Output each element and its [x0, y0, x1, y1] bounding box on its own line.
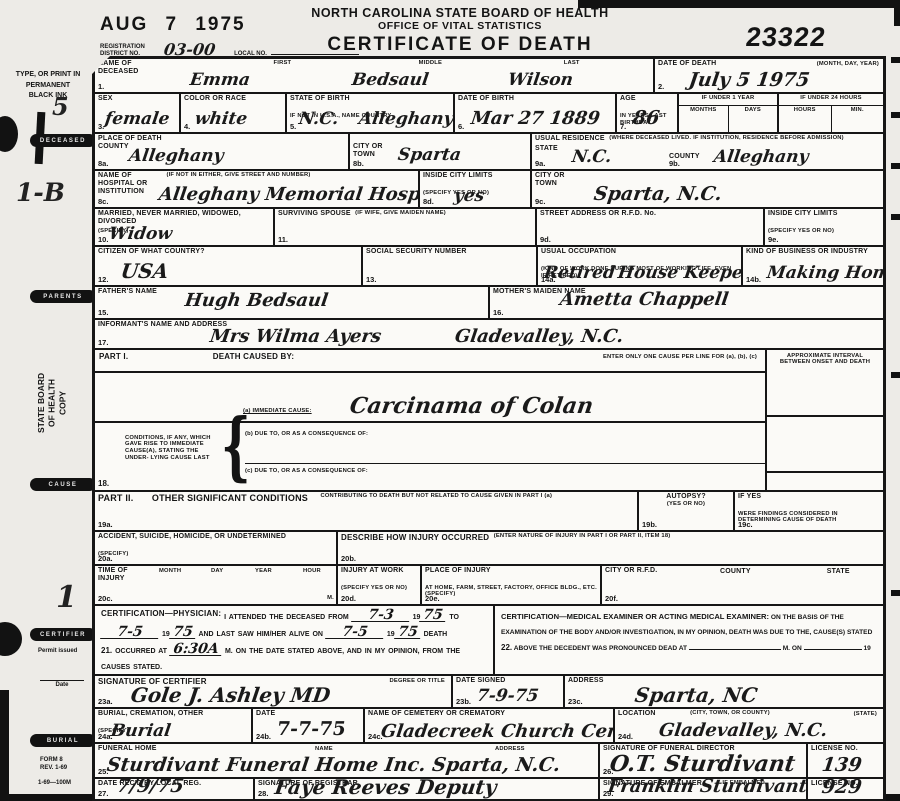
field-certifier-address-num: 23c. [568, 697, 583, 706]
row-injury-2: TIME OF INJURY MONTH DAY YEAR HOUR 20c. … [95, 564, 883, 604]
immediate-cause-label: (a) IMMEDIATE CAUSE: [243, 408, 312, 415]
time-month-header: MONTH [159, 568, 181, 575]
field-registrar-value: Faye Reeves Deputy [273, 779, 498, 799]
row-registrar: DATE REC'D BY LOCAL REG. 7/9/75 27. SIGN… [95, 777, 883, 799]
field-accident-label: ACCIDENT, SUICIDE, HOMICIDE, OR UNDETERM… [98, 533, 286, 541]
field-street-num: 9d. [540, 235, 551, 244]
tab-cause: CAUSE [30, 478, 96, 491]
field-interval-label: APPROXIMATE INTERVAL BETWEEN ONSET AND D… [767, 350, 883, 366]
part2-num: 19a. [98, 520, 113, 529]
field-cemetery-location: LOCATION (CITY, TOWN, OR COUNTY) (STATE)… [615, 709, 883, 742]
field-father: FATHER'S NAME Hugh Bedsaul 15. [95, 287, 490, 318]
field-date-of-birth-label: DATE OF BIRTH [458, 95, 514, 103]
field-date-received: DATE REC'D BY LOCAL REG. 7/9/75 27. [95, 779, 255, 799]
field-cemetery: NAME OF CEMETERY OR CREMATORY Gladecreek… [365, 709, 615, 742]
permit-date-label: Date [40, 680, 84, 688]
injury-state-header: STATE [827, 568, 850, 576]
field-occupation: USUAL OCCUPATION (KIND OF WORK DONE DURI… [538, 247, 743, 285]
field-sex-num: 3. [98, 122, 104, 131]
name-last-value: Wilson [507, 70, 575, 90]
cert-me-num: 22. [501, 643, 512, 652]
field-date-signed-num: 23b. [456, 697, 471, 706]
form-heading: NORTH CAROLINA STATE BOARD OF HEALTH OFF… [290, 6, 630, 56]
field-place-injury-sub: AT HOME, FARM, STREET, FACTORY, OFFICE B… [425, 585, 597, 598]
name-middle-value: Bedsaul [350, 70, 429, 90]
field-informant-label: INFORMANT'S NAME AND ADDRESS [98, 321, 227, 329]
field-registrar-num: 28. [258, 789, 268, 798]
field-place-city-value: Sparta [397, 145, 463, 165]
field-res-state-label: STATE [535, 145, 558, 153]
name-middle-header: MIDDLE [419, 60, 442, 67]
field-res-limits: INSIDE CITY LIMITS (SPECIFY YES OR NO) 9… [765, 209, 883, 245]
field-inside-limits-label: INSIDE CITY LIMITS [423, 172, 493, 180]
field-cemetery-num: 24c. [368, 732, 383, 741]
one-cause-note: ENTER ONLY ONE CAUSE PER LINE FOR (a), (… [603, 354, 757, 361]
field-work-injury-label: INJURY AT WORK [341, 567, 404, 575]
part2-title: OTHER SIGNIFICANT CONDITIONS [152, 493, 308, 503]
field-sex: SEX female 3. [95, 94, 181, 132]
field-under-24-hours: IF UNDER 24 HOURS HOURS MIN. [779, 94, 883, 132]
scan-tick-4 [891, 214, 900, 220]
field-work-injury-num: 20d. [341, 594, 356, 603]
field-ssn: SOCIAL SECURITY NUMBER 13. [363, 247, 538, 285]
field-place-injury: PLACE OF INJURY AT HOME, FARM, STREET, F… [422, 566, 602, 604]
field-place-county-num: 8a. [98, 159, 108, 168]
field-embalmer-num: 29. [603, 789, 613, 798]
field-name: NAME OF DECEASED FIRST MIDDLE LAST Emma … [95, 59, 655, 92]
field-burial-num: 24a. [98, 732, 113, 741]
field-under-24-hours-label: IF UNDER 24 HOURS [779, 94, 883, 102]
field-spouse-label: SURVIVING SPOUSE [278, 210, 351, 218]
field-state-of-birth-value1: N.C. [298, 109, 340, 129]
field-burial-date-value: 7-7-75 [275, 718, 347, 740]
field-age: AGE IN YEARS LAST BIRTHDAY 86 7. [617, 94, 679, 132]
field-cemetery-location-sub: (CITY, TOWN, OR COUNTY) [690, 710, 770, 717]
row-parents: FATHER'S NAME Hugh Bedsaul 15. MOTHER'S … [95, 285, 883, 318]
page-title: CERTIFICATE OF DEATH [290, 34, 630, 56]
field-mother-value: Ametta Chappell [559, 289, 730, 310]
row-injury-1: ACCIDENT, SUICIDE, HOMICIDE, OR UNDETERM… [95, 530, 883, 563]
last-seen-value: 7-5 [325, 626, 385, 639]
field-cemetery-location-num: 24d. [618, 732, 633, 741]
field-street-label: STREET ADDRESS OR R.F.D. No. [540, 210, 656, 218]
field-injury-location: CITY OR R.F.D. COUNTY STATE 20f. [602, 566, 883, 604]
attended-to-year: 75 [169, 626, 197, 639]
certificate-form: NAME OF DECEASED FIRST MIDDLE LAST Emma … [92, 56, 886, 801]
field-citizen-value: USA [119, 259, 170, 283]
under-1-year-columns: MONTHS DAYS [679, 105, 777, 132]
injury-city-header: CITY OR R.F.D. [605, 567, 657, 575]
field-burial-date-num: 24b. [256, 732, 271, 741]
field-director-license-label: LICENSE NO. [811, 745, 858, 753]
field-place-city-label: CITY OR TOWN [353, 143, 383, 159]
scan-corner-mark [894, 0, 900, 26]
death-certificate-scan: AUG 7 1975 REGISTRATIONDISTRICT NO. 03-0… [0, 0, 900, 801]
field-ssn-label: SOCIAL SECURITY NUMBER [366, 248, 467, 256]
interval-line-c [767, 471, 883, 473]
field-res-county: COUNTY Alleghany 9b. [666, 144, 883, 169]
field-date-signed-label: DATE SIGNED [456, 677, 506, 685]
field-embalmer-license-value: 929 [820, 779, 863, 798]
cert-me-text: CERTIFICATION—MEDICAL EXAMINER OR ACTING… [501, 609, 877, 656]
field-hospital-sub: (IF NOT IN EITHER, GIVE STREET AND NUMBE… [166, 172, 310, 179]
attended-from-year: 75 [420, 609, 448, 622]
conditions-label: CONDITIONS, IF ANY, WHICH GAVE RISE TO I… [125, 435, 217, 462]
field-informant-value1: Mrs Wilma Ayers [209, 326, 383, 347]
field-race-label: COLOR OR RACE [184, 95, 246, 103]
field-burial-date-label: DATE [256, 710, 275, 718]
field-res-city: CITY OR TOWN Sparta, N.C. 9c. [532, 171, 883, 207]
field-time-injury-label: TIME OF INJURY [98, 567, 132, 583]
field-name-num: 1. [98, 82, 104, 91]
usual-residence-label: USUAL RESIDENCE [535, 135, 605, 143]
cert-physician-num: 21. [101, 646, 112, 655]
field-industry: KIND OF BUSINESS OR INDUSTRY Making Home… [743, 247, 883, 285]
field-date-signed: DATE SIGNED 7-9-75 23b. [453, 676, 565, 707]
name-first-header: FIRST [274, 60, 292, 67]
field-state-of-birth-value2: Alleghany [358, 109, 455, 129]
attended-from-value: 7-3 [351, 609, 411, 622]
field-inside-limits-value: yes [453, 186, 486, 206]
field-marital: MARRIED, NEVER MARRIED, WIDOWED, DIVORCE… [95, 209, 275, 245]
field-director-license-value: 139 [820, 754, 863, 776]
certificate-number-stamp: 23322 [744, 22, 827, 53]
field-embalmer-license: LICENSE NO. 929 [808, 779, 883, 799]
field-father-num: 15. [98, 308, 108, 317]
field-father-label: FATHER'S NAME [98, 288, 157, 296]
field-res-limits-label: INSIDE CITY LIMITS [768, 210, 838, 218]
part1-label: PART I. [99, 352, 128, 361]
part2-label: PART II. [98, 493, 133, 503]
field-funeral-home-value: Sturdivant Funeral Home Inc. Sparta, N.C… [105, 754, 561, 776]
field-place-city-num: 8b. [353, 159, 364, 168]
field-inside-limits-num: 8d. [423, 197, 434, 206]
field-father-value: Hugh Bedsaul [184, 290, 330, 311]
field-cemetery-label: NAME OF CEMETERY OR CREMATORY [368, 710, 505, 718]
row-place-of-death: PLACE OF DEATH COUNTY Alleghany 8a. CITY… [95, 132, 883, 169]
field-hospital-value: Alleghany Memorial Hosp. [158, 184, 420, 205]
scan-tick-6 [891, 590, 900, 596]
field-res-county-num: 9b. [669, 159, 680, 168]
field-cert-medical-examiner: CERTIFICATION—MEDICAL EXAMINER OR ACTING… [495, 606, 883, 674]
field-race-num: 4. [184, 122, 190, 131]
field-marital-num: 10. [98, 235, 108, 244]
field-date-received-num: 27. [98, 789, 108, 798]
field-embalmer-signature: SIGNATURE OF EMBALMER IF EMBALMED Frankl… [600, 779, 808, 799]
field-autopsy-num: 19b. [642, 520, 657, 529]
field-industry-num: 14b. [746, 275, 761, 284]
row-marital: MARRIED, NEVER MARRIED, WIDOWED, DIVORCE… [95, 207, 883, 245]
row-hospital: NAME OF HOSPITAL OR INSTITUTION (IF NOT … [95, 169, 883, 207]
row-citizen: CITIZEN OF WHAT COUNTRY? USA 12. SOCIAL … [95, 245, 883, 285]
field-part2: PART II. OTHER SIGNIFICANT CONDITIONS CO… [95, 492, 639, 531]
field-how-injury-num: 20b. [341, 554, 356, 563]
field-spouse-num: 11. [278, 235, 288, 244]
field-citizen-num: 12. [98, 275, 108, 284]
field-autopsy: AUTOPSY? (YES OR NO) 19b. [639, 492, 735, 531]
death-time-value: 6:30A [169, 643, 223, 656]
field-street: STREET ADDRESS OR R.F.D. No. 9d. [537, 209, 765, 245]
field-sex-label: SEX [98, 95, 113, 103]
field-certifier-value: Gole J. Ashley MD [129, 683, 332, 707]
field-sex-value: female [104, 109, 171, 129]
field-cemetery-location-label: LOCATION [618, 710, 656, 718]
cause-conditions-area: CONDITIONS, IF ANY, WHICH GAVE RISE TO I… [95, 423, 765, 490]
pronounced-date-blank [804, 640, 862, 650]
field-place-injury-label: PLACE OF INJURY [425, 567, 491, 575]
name-first-value: Emma [188, 70, 251, 90]
field-res-city-num: 9c. [535, 197, 545, 206]
field-occupation-label: USUAL OCCUPATION [541, 248, 616, 256]
field-informant: INFORMANT'S NAME AND ADDRESS Mrs Wilma A… [95, 320, 883, 348]
attended-to-value: 7-5 [100, 626, 160, 639]
margin-handwriting-1b: 1-B [16, 178, 65, 207]
field-place-city: CITY OR TOWN Sparta 8b. [350, 134, 532, 169]
part2-sub: CONTRIBUTING TO DEATH BUT NOT RELATED TO… [320, 493, 552, 500]
row-part2: PART II. OTHER SIGNIFICANT CONDITIONS CO… [95, 490, 883, 531]
field-citizen: CITIZEN OF WHAT COUNTRY? USA 12. [95, 247, 363, 285]
field-how-injury-label: DESCRIBE HOW INJURY OCCURRED [341, 533, 489, 542]
field-res-limits-num: 9e. [768, 235, 778, 244]
under-24-columns: HOURS MIN. [779, 105, 883, 132]
permit-issued-label: Permit issued [38, 648, 77, 654]
scan-tick-1 [891, 57, 900, 63]
field-certifier-signature: SIGNATURE OF CERTIFIER DEGREE OR TITLE G… [95, 676, 453, 707]
field-race: COLOR OR RACE white 4. [181, 94, 287, 132]
cause-line-c: (c) DUE TO, OR AS A CONSEQUENCE OF: [245, 468, 765, 486]
cause-line-a: (a) IMMEDIATE CAUSE: Carcinama of Colan [95, 373, 765, 423]
field-age-value: 86 [631, 107, 661, 129]
name-last-header: LAST [564, 60, 580, 67]
under-1-months-header: MONTHS [679, 106, 729, 132]
field-accident-sub: (SPECIFY) [98, 551, 333, 558]
field-work-injury-sub: (SPECIFY YES OR NO) [341, 585, 407, 592]
field-certifier-address: ADDRESS Sparta, NC 23c. [565, 676, 883, 707]
field-date-of-death-sub: (MONTH, DAY, YEAR) [817, 61, 879, 68]
field-funeral-director: SIGNATURE OF FUNERAL DIRECTOR O.T. Sturd… [600, 744, 808, 777]
binder-blob-bottom [0, 622, 22, 656]
field-certifier-address-label: ADDRESS [568, 677, 604, 685]
field-burial-value: Burial [110, 721, 172, 741]
field-registrar-signature: SIGNATURE OF REGISTRAR Faye Reeves Deput… [255, 779, 600, 799]
field-res-county-value: Alleghany [713, 147, 810, 167]
field-res-state-num: 9a. [535, 159, 545, 168]
binder-blob-top [0, 116, 18, 152]
margin-handwriting-5: 5 [52, 92, 69, 121]
last-seen-year: 75 [394, 626, 422, 639]
field-res-city-label: CITY OR TOWN [535, 172, 565, 188]
field-burial-label: BURIAL, CREMATION, OTHER [98, 710, 203, 718]
field-spouse-sub: (IF WIFE, GIVE MAIDEN NAME) [355, 210, 446, 217]
field-autopsy-label: AUTOPSY? [642, 493, 730, 501]
field-interval: APPROXIMATE INTERVAL BETWEEN ONSET AND D… [767, 350, 883, 490]
field-funeral-director-num: 26. [603, 767, 613, 776]
field-usual-residence: USUAL RESIDENCE (WHERE DECEASED LIVED. I… [532, 134, 883, 169]
field-res-state-value: N.C. [571, 147, 613, 167]
field-place-county-value: Alleghany [128, 146, 225, 166]
field-date-of-death-num: 2. [658, 82, 664, 91]
field-mother-num: 16. [493, 308, 503, 317]
degree-or-title-label: DEGREE OR TITLE [390, 678, 446, 685]
field-occupation-value2: House Keeper [617, 263, 743, 283]
cause-line-b: (b) DUE TO, OR AS A CONSEQUENCE OF: [245, 431, 765, 464]
field-state-of-birth-label: STATE OF BIRTH [290, 95, 350, 103]
funeral-home-name-header: NAME [315, 746, 333, 753]
cert-physician-label: CERTIFICATION—PHYSICIAN: [101, 609, 221, 618]
field-autopsy-sub: (YES OR NO) [642, 501, 730, 508]
section-cause-of-death: PART I. DEATH CAUSED BY: ENTER ONLY ONE … [95, 348, 883, 490]
field-place-injury-num: 20e. [425, 594, 440, 603]
tab-burial: BURIAL [30, 734, 96, 747]
cert-me-label: CERTIFICATION—MEDICAL EXAMINER OR ACTING… [501, 612, 769, 621]
field-under-1-year-label: IF UNDER 1 YEAR [679, 94, 777, 102]
form-number: FORM 8REV. 1-69 [40, 756, 67, 773]
field-informant-value2: Gladevalley, N.C. [454, 326, 625, 347]
copy-designation: STATE BOARD OF HEALTH COPY [36, 368, 92, 438]
field-informant-num: 17. [98, 338, 108, 347]
under-24-min-header: MIN. [832, 106, 884, 132]
print-code: 1-69—100M [38, 780, 71, 786]
field-funeral-home-label: FUNERAL HOME [98, 745, 157, 753]
scan-tick-3 [891, 163, 900, 169]
field-funeral-home-num: 25. [98, 767, 108, 776]
margin-handwriting-1: 1 [56, 580, 77, 615]
field-date-of-death-label: DATE OF DEATH [658, 60, 716, 68]
field-date-received-value: 7/9/75 [115, 779, 185, 797]
time-meridiem-label: M. [327, 595, 334, 602]
field-findings-num: 19c. [738, 520, 753, 529]
field-age-label: AGE [620, 95, 636, 103]
time-hour-header: HOUR [303, 568, 321, 575]
field-cemetery-value: Gladecreek Church Cem. [380, 721, 615, 742]
field-date-of-birth: DATE OF BIRTH Mar 27 1889 6. [455, 94, 617, 132]
tab-deceased: DECEASED [30, 134, 96, 147]
field-cemetery-location-sub2: (STATE) [854, 711, 877, 718]
field-embalmer-value: Franklin Sturdivant [607, 779, 808, 797]
under-24-hours-header: HOURS [779, 106, 832, 132]
field-funeral-home: FUNERAL HOME NAME ADDRESS Sturdivant Fun… [95, 744, 600, 777]
field-date-of-birth-num: 6. [458, 122, 464, 131]
field-occupation-num: 14a. [541, 275, 556, 284]
row-informant: INFORMANT'S NAME AND ADDRESS Mrs Wilma A… [95, 318, 883, 348]
field-place-county: PLACE OF DEATH COUNTY Alleghany 8a. [95, 134, 350, 169]
field-under-1-year: IF UNDER 1 YEAR MONTHS DAYS [679, 94, 779, 132]
cert-physician-text: CERTIFICATION—PHYSICIAN: I ATTENDED THE … [101, 609, 487, 674]
row-signature: SIGNATURE OF CERTIFIER DEGREE OR TITLE G… [95, 674, 883, 707]
field-industry-label: KIND OF BUSINESS OR INDUSTRY [746, 248, 868, 256]
field-cert-physician: CERTIFICATION—PHYSICIAN: I ATTENDED THE … [95, 606, 495, 674]
cause-left: PART I. DEATH CAUSED BY: ENTER ONLY ONE … [95, 350, 767, 490]
cause-c-num: 18. [98, 479, 109, 488]
usual-residence-sub: (WHERE DECEASED LIVED. IF INSTITUTION, R… [609, 135, 844, 142]
field-date-signed-value: 7-9-75 [476, 686, 540, 706]
field-industry-value: Making Home [766, 263, 883, 283]
field-age-num: 7. [620, 122, 626, 131]
field-certifier-num: 23a. [98, 697, 113, 706]
field-hospital-num: 8c. [98, 197, 108, 206]
time-year-header: YEAR [255, 568, 272, 575]
field-cemetery-location-value: Gladevalley, N.C. [658, 720, 829, 741]
left-edge-bar [0, 690, 9, 796]
row-demographics: SEX female 3. COLOR OR RACE white 4. STA… [95, 92, 883, 132]
field-how-injury-sub: (ENTER NATURE OF INJURY IN PART I OR PAR… [494, 533, 671, 540]
time-day-header: DAY [211, 568, 223, 575]
field-citizen-label: CITIZEN OF WHAT COUNTRY? [98, 248, 205, 256]
cause-c-label: (c) DUE TO, OR AS A CONSEQUENCE OF: [245, 468, 368, 475]
field-date-of-birth-value: Mar 27 1889 [470, 108, 602, 129]
field-date-of-death-value: July 5 1975 [687, 69, 810, 91]
field-race-value: white [194, 109, 249, 129]
cause-b-label: (b) DUE TO, OR AS A CONSEQUENCE OF: [245, 431, 368, 438]
row-certification: CERTIFICATION—PHYSICIAN: I ATTENDED THE … [95, 604, 883, 674]
tab-parents: PARENTS [30, 290, 96, 303]
field-state-of-birth-num: 5. [290, 122, 296, 131]
usual-residence-cells: STATE N.C. 9a. COUNTY Alleghany 9b. [532, 144, 883, 169]
under-1-days-header: DAYS [729, 106, 778, 132]
injury-county-header: COUNTY [720, 568, 751, 576]
death-caused-by-label: DEATH CAUSED BY: [213, 352, 295, 361]
interval-line-a [767, 415, 883, 417]
tab-certifier: CERTIFIER [30, 628, 96, 641]
funeral-home-address-header: ADDRESS [495, 746, 525, 753]
field-res-state: STATE N.C. 9a. [532, 144, 666, 169]
field-res-limits-sub: (SPECIFY YES OR NO) [768, 228, 834, 235]
scan-tick-2 [891, 112, 900, 118]
field-accident-num: 20a. [98, 554, 113, 563]
field-findings: IF YES WERE FINDINGS CONSIDERED IN DETER… [735, 492, 883, 531]
field-findings-sub: WERE FINDINGS CONSIDERED IN DETERMINING … [738, 511, 880, 524]
field-hospital: NAME OF HOSPITAL OR INSTITUTION (IF NOT … [95, 171, 420, 207]
row-burial: BURIAL, CREMATION, OTHER (SPECIFY) Buria… [95, 707, 883, 742]
field-director-license: LICENSE NO. 139 [808, 744, 883, 777]
field-funeral-director-value: O.T. Sturdivant [608, 751, 797, 777]
field-certifier-address-value: Sparta, NC [633, 683, 759, 707]
field-accident: ACCIDENT, SUICIDE, HOMICIDE, OR UNDETERM… [95, 532, 338, 563]
field-inside-limits: INSIDE CITY LIMITS (SPECIFY YES OR NO) y… [420, 171, 532, 207]
field-mother: MOTHER'S MAIDEN NAME Ametta Chappell 16. [490, 287, 883, 318]
field-time-injury-num: 20c. [98, 594, 113, 603]
field-findings-label: IF YES [738, 493, 761, 501]
field-work-injury: INJURY AT WORK (SPECIFY YES OR NO) 20d. [338, 566, 422, 604]
field-hospital-label: NAME OF HOSPITAL OR INSTITUTION [98, 172, 162, 196]
field-date-of-death: DATE OF DEATH (MONTH, DAY, YEAR) July 5 … [655, 59, 883, 92]
field-injury-location-num: 20f. [605, 594, 618, 603]
field-name-label: NAME OF DECEASED [98, 60, 156, 76]
field-how-injury: DESCRIBE HOW INJURY OCCURRED (ENTER NATU… [338, 532, 883, 563]
scan-tick-5 [891, 372, 900, 378]
cause-header: PART I. DEATH CAUSED BY: ENTER ONLY ONE … [95, 350, 765, 373]
print-instruction: TYPE, OR PRINT INPERMANENTBLACK INK [8, 70, 88, 102]
row-funeral-home: FUNERAL HOME NAME ADDRESS Sturdivant Fun… [95, 742, 883, 777]
field-spouse: SURVIVING SPOUSE (IF WIFE, GIVE MAIDEN N… [275, 209, 537, 245]
received-date-stamp: AUG 7 1975 [100, 14, 246, 36]
immediate-cause-value: Carcinama of Colan [348, 393, 595, 419]
field-burial: BURIAL, CREMATION, OTHER (SPECIFY) Buria… [95, 709, 253, 742]
row-name: NAME OF DECEASED FIRST MIDDLE LAST Emma … [95, 59, 883, 92]
field-ssn-num: 13. [366, 275, 376, 284]
office-title: OFFICE OF VITAL STATISTICS [290, 20, 630, 32]
field-time-injury: TIME OF INJURY MONTH DAY YEAR HOUR 20c. … [95, 566, 338, 604]
field-marital-value: Widow [108, 224, 174, 244]
field-burial-date: DATE 7-7-75 24b. [253, 709, 365, 742]
field-state-of-birth: STATE OF BIRTH IF NOT IN U.S.A., NAME CO… [287, 94, 455, 132]
pronounced-time-blank [689, 640, 781, 650]
field-res-city-value: Sparta, N.C. [592, 183, 723, 205]
field-place-county-label: COUNTY [98, 143, 129, 151]
board-title: NORTH CAROLINA STATE BOARD OF HEALTH [290, 6, 630, 20]
place-of-death-label: PLACE OF DEATH [98, 135, 345, 143]
